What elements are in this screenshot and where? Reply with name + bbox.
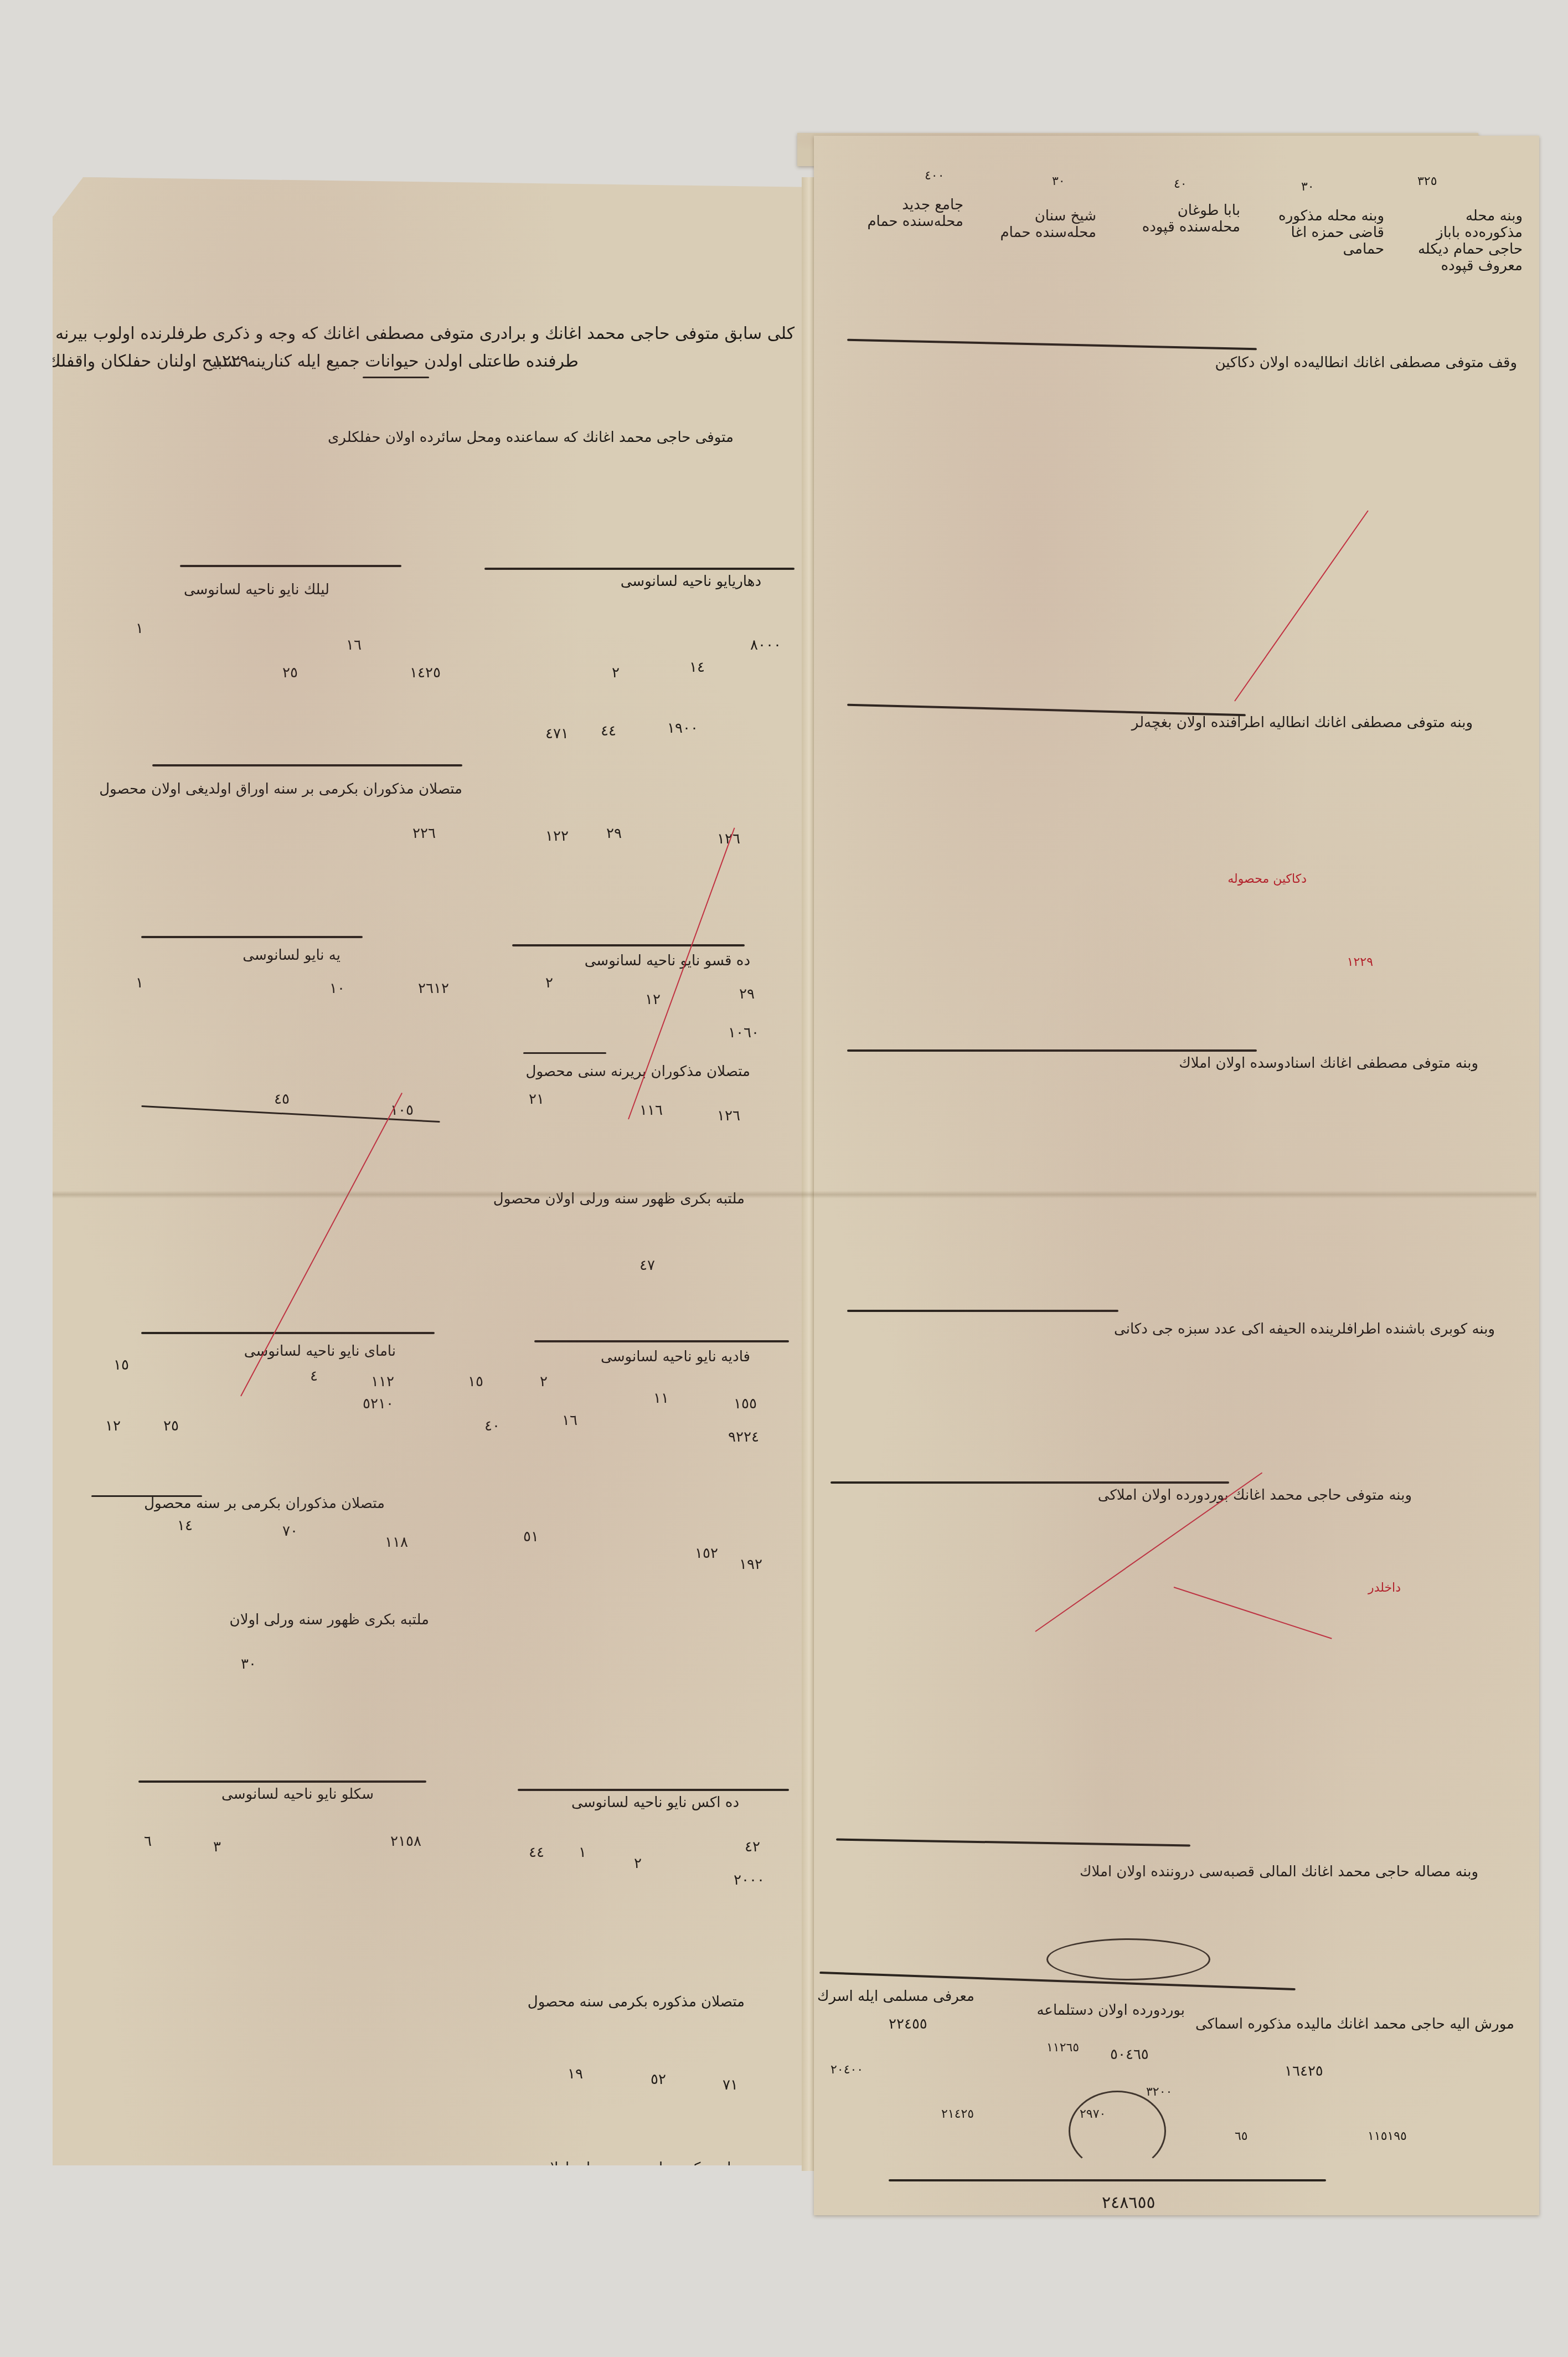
block-rule [138,1780,426,1783]
section-title: وبنه متوفی مصطفی اغانك انطالیه اطرافنده … [1132,714,1473,731]
value: ٢٠٠٠ [734,1872,765,1888]
value: ١١٨ [385,1534,408,1551]
left-page: کلی سابق متوفی حاجی محمد اغانك و برادری … [53,177,817,2165]
value: ١٤٢٥ [410,665,441,681]
value: ١ [136,975,143,991]
value: ١٤ [689,659,705,676]
block-title: ده قسو نایو ناحیه لسانوسی [585,953,750,969]
value: ٢٥ [163,1418,179,1434]
value: ٢٠٤٠٠ [831,2063,863,2077]
header-line-2: طرفنده طاعتلی اولدن حیوانات جمیع ایله کن… [0,352,579,371]
red-annotation: داخلدر [1368,1581,1401,1595]
value: ١١٢٦٥ [1046,2041,1079,2055]
entry: بابا طوغان محله‌سنده قپوده [1129,202,1240,235]
value: ٤٠٠ [925,169,944,183]
value: ٢٦١٢ [418,980,449,997]
horizontal-fold [53,1191,1536,1198]
value: ٢ [545,975,553,991]
totals-label: معرفی مسلمی ایله اسرك [817,1988,974,2005]
value: ٢ [634,1855,642,1872]
value: ١ [579,1844,586,1861]
value: ١٠ [329,980,345,997]
value: ١٦ [562,1412,577,1429]
value: ٥٢ [651,2071,666,2088]
entry: وبنه محله مذکوره قاضی حمزه اغا حمامی [1262,208,1384,258]
section-rule [836,1838,1190,1846]
value: ٢٩ [606,825,622,842]
value: ١٢ [645,991,661,1008]
value: ١١٢ [371,1373,394,1390]
value: ٤٠ [484,1418,500,1434]
totals-rule [819,1972,1296,1990]
value: ٣٠ [241,1656,256,1672]
value: ١٩٢ [739,1556,762,1573]
value: ٨٠٠٠ [750,637,781,653]
value: ٢١٥٨ [390,1833,421,1850]
value: ١٤ [177,1517,193,1534]
value: ٤٤ [529,1844,544,1861]
section-title: وبنه مصاله حاجی محمد اغانك المالی قصبه‌س… [1080,1864,1478,1880]
entry: شیخ سنان محله‌سنده حمام [986,208,1096,241]
section-rule [847,339,1257,351]
value: ٢٢٦ [412,825,436,842]
section-title: وبنه متوفی مصطفی اغانك اسنادوسده اولان ا… [1179,1055,1478,1072]
value: ٤٢ [745,1839,760,1855]
value: ١١ [653,1390,669,1407]
header-date: ١٢٢٩ [213,352,249,371]
red-annotation-stroke [1174,1587,1332,1639]
value: ١٢٦ [717,1108,740,1124]
ink-oval [1046,1938,1210,1980]
value: ٩٢٢٤ [728,1429,759,1445]
section-title: وبنه کوبری باشنده اطرافلرینده الحیفه اکی… [1114,1321,1495,1337]
block-title: ملتبه بکری ظهور سنه ورلی اولان [230,1612,429,1628]
block-rule [534,1340,789,1342]
block-rule [484,568,795,570]
value: ٤٧١ [545,725,569,742]
value: ٥٢١٠ [363,1396,394,1412]
value: ٢٩ [739,986,755,1002]
section-title: وبنه متوفی حاجی محمد اغانك بوردورده اولا… [1098,1487,1412,1504]
value: ٥١ [523,1529,539,1545]
red-annotation: ١٢٢٩ [1347,955,1373,969]
block-title: متصلان مذکوران بکرمی بر سنه محصول [144,1495,385,1512]
value: ٤٥ [274,1091,290,1108]
block-title: ده اکس نایو ناحیه لسانوسی [571,1794,739,1811]
block-title: فادیه نایو ناحیه لسانوسی [601,1349,750,1365]
value: ١٥ [468,1373,483,1390]
section-rule [847,1310,1118,1312]
right-page: وبنه محله مذکوره‌ده باباز حاجی حمام دیکل… [814,136,1539,2215]
value: ٢ [612,665,620,681]
section-rule [831,1481,1229,1484]
section-title: متوفی حاجی محمد اغانك که سماعنده ومحل سا… [328,429,734,446]
section-title: وقف متوفی مصطفی اغانك انطالیه‌ده اولان د… [1215,354,1517,371]
block-title: متصلان مذکوره بکرمی سنه محصول [528,1994,745,2010]
value: ٣٠ [1052,174,1065,188]
red-annotation: دکاکین محصوله [1227,872,1307,886]
value: ٢ [540,1373,548,1390]
value: ٤٠ [1174,177,1187,191]
ink-oval [1069,2091,1166,2171]
entry: وبنه محله مذکوره‌ده باباز حاجی حمام دیکل… [1412,208,1523,274]
value: ١٢ [105,1418,121,1434]
value: ٧١ [723,2077,738,2093]
grand-total: ٢٤٨٦٥٥ [1102,2193,1156,2212]
block-rule [141,1332,435,1334]
grand-total-rule [889,2179,1326,2181]
totals-label: مورش الیه حاجی محمد اغانك مالیده مذکوره … [1195,2016,1514,2032]
value: ١١٦ [639,1102,663,1119]
value: ٢١٤٢٥ [941,2107,974,2121]
value: ٧٠ [282,1523,298,1540]
value: ٦٥ [1235,2129,1248,2143]
value: ٤ [310,1368,318,1385]
total-value: ١٦٤٢٥ [1285,2063,1323,2080]
entry: جامع جدید محله‌سنده حمام [842,197,963,230]
block-title: متصلان مذکوران بریرنه سنی محصول [526,1063,750,1080]
value: ١ [136,620,143,637]
value: ١٥ [114,1357,129,1373]
block-title: متصلان مذکوران بکرمی بر سنه اوراق اولدیغ… [99,781,462,797]
value: ٤٧ [639,1257,655,1274]
block-rule [152,764,462,766]
value: ٣٢٥ [1417,174,1437,188]
value: ١٥٥ [734,1396,757,1412]
value: ١٥٢ [695,1545,718,1562]
total-value: ٢٢٤٥٥ [889,2016,927,2032]
header-underline [363,377,429,378]
block-rule [518,1789,789,1791]
value: ٣٢٠٠ [1146,2085,1172,2099]
block-rule [523,1052,606,1054]
value: ١٩ [568,2066,583,2082]
value: ١٠٦٠ [728,1025,759,1041]
value: ١٩٠٠ [667,720,698,737]
value: ٦ [144,1833,152,1850]
block-rule [512,944,745,946]
value: ٤٤ [601,723,616,739]
block-title: ملتبه بکری ظهور سنه ورلی اولان [540,2160,739,2176]
header-line-1: کلی سابق متوفی حاجی محمد اغانك و برادری … [0,324,795,343]
value: ١٠ [645,2204,661,2221]
value: ٢٥ [282,665,298,681]
block-title: دهاریایو ناحیه لسانوسی [621,573,761,590]
section-rule [847,1049,1257,1052]
block-rule [141,936,363,938]
block-title: یه نایو لسانوسی [243,947,341,964]
value: ١٢٢ [545,828,569,845]
value: ١٠٥ [390,1102,414,1119]
block-title: سکلو نایو ناحیه لسانوسی [221,1786,374,1803]
red-annotation-stroke [1234,510,1369,701]
block-rule [180,565,401,567]
total-value: ٥٠٤٦٥ [1110,2046,1149,2063]
value: ٣ [213,1839,221,1855]
value: ٣٠ [1301,180,1314,194]
value: ٢١ [529,1091,544,1108]
value: ١١٥١٩٥ [1368,2129,1407,2143]
value: ١٦ [346,637,362,653]
block-title: لیلك نایو ناحیه لسانوسی [184,581,329,598]
totals-label: بوردورده اولان دستلماعه [1036,2002,1185,2019]
